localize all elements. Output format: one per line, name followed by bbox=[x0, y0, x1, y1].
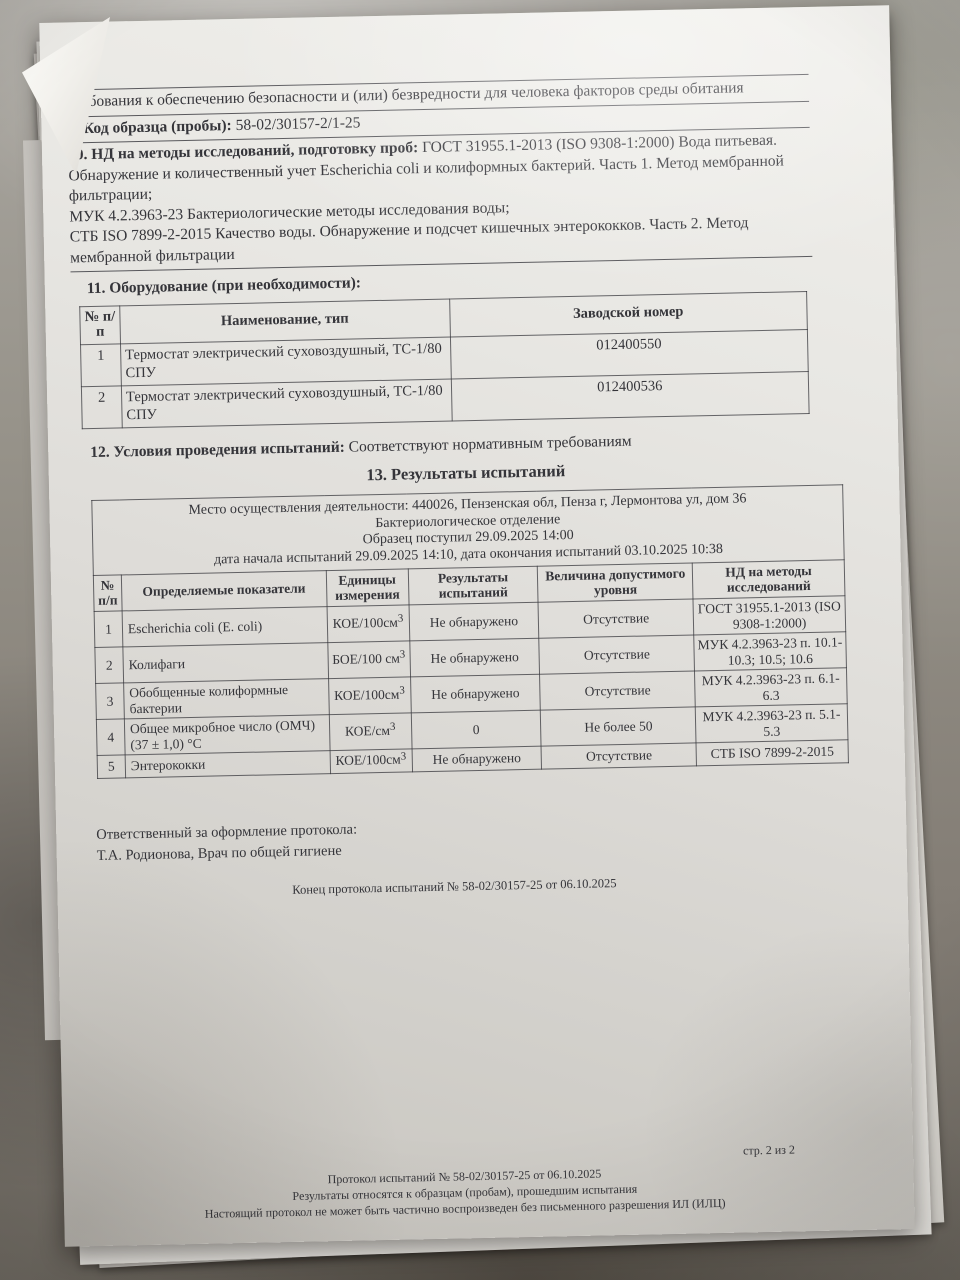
row-num: 3 bbox=[96, 683, 125, 720]
unit-base: КОЕ/100см bbox=[333, 614, 399, 630]
equipment-num: 2 bbox=[81, 385, 122, 428]
row-unit: КОЕ/100см3 bbox=[330, 749, 412, 773]
row-method: ГОСТ 31955.1-2013 (ISO 9308-1:2000) bbox=[693, 596, 846, 635]
header-section: требования к обеспечению безопасности и … bbox=[67, 74, 813, 272]
results-col-result: Результаты испытаний bbox=[408, 566, 539, 605]
row-unit: БОЕ/100 см3 bbox=[327, 641, 410, 679]
item9-label: 9. Код образца (пробы): bbox=[67, 117, 232, 137]
row-num: 4 bbox=[96, 719, 125, 756]
unit-superscript: 3 bbox=[390, 721, 396, 733]
unit-superscript: 3 bbox=[399, 685, 405, 697]
equipment-name: Термостат электрический суховоздушный, Т… bbox=[120, 337, 450, 386]
page-content: требования к обеспечению безопасности и … bbox=[39, 5, 914, 1247]
equipment-num: 1 bbox=[81, 343, 122, 386]
results-table: Место осуществления деятельности: 440026… bbox=[91, 484, 849, 778]
results-col-unit: Единицы измерения bbox=[326, 569, 409, 607]
row-indicator: Энтерококки bbox=[125, 751, 330, 778]
equipment-name: Термостат электрический суховоздушный, Т… bbox=[121, 378, 451, 427]
row-method: МУК 4.2.3963-23 п. 5.1-5.3 bbox=[695, 704, 848, 743]
row-num: 2 bbox=[95, 647, 124, 684]
row-indicator: Общее микробное число (ОМЧ) (37 ± 1,0) °… bbox=[124, 715, 329, 755]
item12-value: Соответствуют нормативным требованиям bbox=[349, 432, 632, 455]
equipment-serial: 012400550 bbox=[450, 329, 808, 378]
page-footer: Протокол испытаний № 58-02/30157-25 от 0… bbox=[63, 1160, 866, 1225]
row-indicator: Обобщенные колиформные бактерии bbox=[124, 679, 329, 719]
row-method: МУК 4.2.3963-23 п. 10.1-10.3; 10.5; 10.6 bbox=[694, 632, 847, 671]
row-limit: Не более 50 bbox=[541, 707, 696, 746]
unit-base: КОЕ/100см bbox=[334, 686, 400, 702]
item9-value: 58-02/30157-2/1-25 bbox=[235, 114, 360, 134]
results-col-method: НД на методы исследований bbox=[692, 560, 845, 599]
results-col-indicator: Определяемые показатели bbox=[121, 571, 326, 611]
unit-superscript: 3 bbox=[400, 649, 406, 661]
row-limit: Отсутствие bbox=[541, 743, 696, 769]
row-limit: Отсутствие bbox=[538, 599, 693, 638]
row-unit: КОЕ/100см3 bbox=[328, 677, 411, 715]
row-method: СТБ ISO 7899-2-2015 bbox=[696, 740, 848, 766]
page-number: стр. 2 из 2 bbox=[743, 1139, 795, 1161]
row-num: 1 bbox=[94, 611, 123, 648]
unit-base: БОЕ/100 см bbox=[332, 650, 400, 666]
row-indicator: Escherichia coli (E. coli) bbox=[122, 607, 327, 647]
unit-base: КОЕ/100см bbox=[335, 752, 401, 768]
row-num: 5 bbox=[97, 755, 125, 778]
row-limit: Отсутствие bbox=[540, 671, 695, 710]
row-indicator: Колифаги bbox=[123, 643, 328, 683]
row-result: 0 bbox=[411, 710, 542, 749]
item12-label: 12. Условия проведения испытаний: bbox=[90, 438, 345, 460]
row-unit: КОЕ/см3 bbox=[329, 713, 412, 751]
equipment-serial: 012400536 bbox=[451, 371, 809, 420]
unit-base: КОЕ/см bbox=[345, 723, 390, 739]
row-method: МУК 4.2.3963-23 п. 6.1-6.3 bbox=[695, 668, 848, 707]
results-col-num: № п/п bbox=[93, 575, 122, 612]
unit-superscript: 3 bbox=[401, 750, 407, 762]
signature-block: Ответственный за оформление протокола: Т… bbox=[96, 808, 867, 867]
item10-paragraph: 10. НД на методы исследований, подготовк… bbox=[68, 130, 812, 269]
row-result: Не обнаружено bbox=[409, 602, 540, 641]
row-result: Не обнаружено bbox=[412, 746, 542, 771]
document-page: требования к обеспечению безопасности и … bbox=[39, 5, 914, 1247]
photo-scene: требования к обеспечению безопасности и … bbox=[0, 0, 960, 1280]
row-limit: Отсутствие bbox=[539, 635, 694, 674]
row-result: Не обнаружено bbox=[409, 638, 540, 677]
equipment-col-num: № п/п bbox=[80, 305, 121, 344]
row-unit: КОЕ/100см3 bbox=[327, 605, 410, 643]
protocol-end-line: Конец протокола испытаний № 58-02/30157-… bbox=[83, 868, 825, 904]
unit-superscript: 3 bbox=[398, 613, 404, 625]
results-col-limit: Величина допустимого уровня bbox=[538, 563, 693, 602]
equipment-table: № п/п Наименование, тип Заводской номер … bbox=[79, 291, 809, 429]
row-result: Не обнаружено bbox=[410, 674, 541, 713]
